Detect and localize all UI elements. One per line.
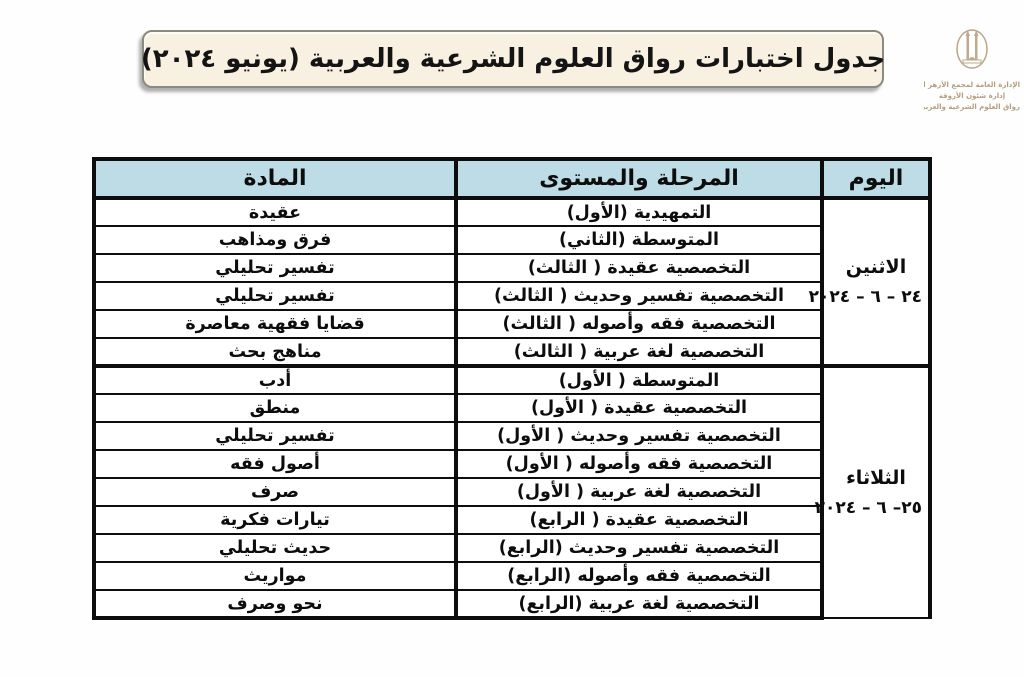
table-row: التخصصية لغة عربية (الرابع)نحو وصرف bbox=[94, 590, 930, 618]
schedule-table-container: اليوم المرحلة والمستوى المادة الاثنين٢٤ … bbox=[92, 157, 932, 620]
logo-caption-line: إدارة شئون الأروقة bbox=[924, 91, 1020, 102]
al-azhar-mosque-icon bbox=[950, 22, 994, 78]
stage-cell: التخصصية تفسير وحديث ( الأول) bbox=[456, 422, 822, 450]
subject-cell: عقيدة bbox=[94, 198, 456, 226]
table-row: التخصصية تفسير وحديث (الرابع)حديث تحليلي bbox=[94, 534, 930, 562]
stage-cell: التخصصية تفسير وحديث ( الثالث) bbox=[456, 282, 822, 310]
stage-cell: التخصصية عقيدة ( الرابع) bbox=[456, 506, 822, 534]
header-row: اليوم المرحلة والمستوى المادة bbox=[94, 159, 930, 198]
day-name: الثلاثاء bbox=[830, 467, 922, 490]
table-row: التخصصية فقه وأصوله ( الأول)أصول فقه bbox=[94, 450, 930, 478]
subject-cell: صرف bbox=[94, 478, 456, 506]
column-header-stage: المرحلة والمستوى bbox=[456, 159, 822, 198]
subject-cell: أصول فقه bbox=[94, 450, 456, 478]
organization-logo: الإدارة العامة لمجمع الأزهر الشريف إدارة… bbox=[924, 22, 1020, 114]
day-name: الاثنين bbox=[830, 256, 922, 279]
logo-caption-line: الإدارة العامة لمجمع الأزهر الشريف bbox=[924, 80, 1020, 91]
exam-schedule-table: اليوم المرحلة والمستوى المادة الاثنين٢٤ … bbox=[92, 157, 932, 620]
table-row: التخصصية لغة عربية ( الثالث)مناهج بحث bbox=[94, 338, 930, 366]
table-row: التخصصية فقه وأصوله (الرابع)مواريث bbox=[94, 562, 930, 590]
subject-cell: تيارات فكرية bbox=[94, 506, 456, 534]
stage-cell: التخصصية لغة عربية ( الثالث) bbox=[456, 338, 822, 366]
subject-cell: حديث تحليلي bbox=[94, 534, 456, 562]
stage-cell: التخصصية لغة عربية ( الأول) bbox=[456, 478, 822, 506]
table-row: التخصصية عقيدة ( الأول)منطق bbox=[94, 394, 930, 422]
subject-cell: فرق ومذاهب bbox=[94, 226, 456, 254]
table-row: الثلاثاء٢٥– ٦ – ٢٠٢٤المتوسطة ( الأول)أدب bbox=[94, 366, 930, 394]
stage-cell: التخصصية فقه وأصوله ( الأول) bbox=[456, 450, 822, 478]
day-date: ٢٥– ٦ – ٢٠٢٤ bbox=[830, 498, 922, 518]
page-title: جدول اختبارات رواق العلوم الشرعية والعرب… bbox=[141, 44, 885, 74]
column-header-subject: المادة bbox=[94, 159, 456, 198]
subject-cell: مناهج بحث bbox=[94, 338, 456, 366]
stage-cell: التخصصية فقه وأصوله (الرابع) bbox=[456, 562, 822, 590]
day-date: ٢٤ – ٦ – ٢٠٢٤ bbox=[830, 287, 922, 307]
subject-cell: تفسير تحليلي bbox=[94, 282, 456, 310]
subject-cell: قضايا فقهية معاصرة bbox=[94, 310, 456, 338]
subject-cell: أدب bbox=[94, 366, 456, 394]
stage-cell: التخصصية عقيدة ( الثالث) bbox=[456, 254, 822, 282]
schedule-table-body: الاثنين٢٤ – ٦ – ٢٠٢٤التمهيدية (الأول)عقي… bbox=[94, 198, 930, 618]
table-row: التخصصية تفسير وحديث ( الثالث)تفسير تحلي… bbox=[94, 282, 930, 310]
table-row: التخصصية عقيدة ( الثالث)تفسير تحليلي bbox=[94, 254, 930, 282]
table-row: التخصصية لغة عربية ( الأول)صرف bbox=[94, 478, 930, 506]
table-row: التخصصية عقيدة ( الرابع)تيارات فكرية bbox=[94, 506, 930, 534]
subject-cell: مواريث bbox=[94, 562, 456, 590]
stage-cell: التخصصية فقه وأصوله ( الثالث) bbox=[456, 310, 822, 338]
subject-cell: تفسير تحليلي bbox=[94, 422, 456, 450]
document-page: جدول اختبارات رواق العلوم الشرعية والعرب… bbox=[0, 0, 1024, 677]
table-row: التخصصية فقه وأصوله ( الثالث)قضايا فقهية… bbox=[94, 310, 930, 338]
logo-caption: الإدارة العامة لمجمع الأزهر الشريف إدارة… bbox=[924, 80, 1020, 114]
column-header-day: اليوم bbox=[822, 159, 930, 198]
logo-caption-line: رواق العلوم الشرعية والعربية bbox=[924, 102, 1020, 113]
subject-cell: نحو وصرف bbox=[94, 590, 456, 618]
day-cell: الثلاثاء٢٥– ٦ – ٢٠٢٤ bbox=[822, 366, 930, 618]
table-row: الاثنين٢٤ – ٦ – ٢٠٢٤التمهيدية (الأول)عقي… bbox=[94, 198, 930, 226]
stage-cell: التخصصية لغة عربية (الرابع) bbox=[456, 590, 822, 618]
table-row: المتوسطة (الثاني)فرق ومذاهب bbox=[94, 226, 930, 254]
subject-cell: تفسير تحليلي bbox=[94, 254, 456, 282]
stage-cell: التخصصية عقيدة ( الأول) bbox=[456, 394, 822, 422]
day-cell: الاثنين٢٤ – ٦ – ٢٠٢٤ bbox=[822, 198, 930, 366]
stage-cell: المتوسطة (الثاني) bbox=[456, 226, 822, 254]
table-row: التخصصية تفسير وحديث ( الأول)تفسير تحليل… bbox=[94, 422, 930, 450]
stage-cell: المتوسطة ( الأول) bbox=[456, 366, 822, 394]
subject-cell: منطق bbox=[94, 394, 456, 422]
stage-cell: التخصصية تفسير وحديث (الرابع) bbox=[456, 534, 822, 562]
title-banner: جدول اختبارات رواق العلوم الشرعية والعرب… bbox=[142, 30, 884, 88]
stage-cell: التمهيدية (الأول) bbox=[456, 198, 822, 226]
